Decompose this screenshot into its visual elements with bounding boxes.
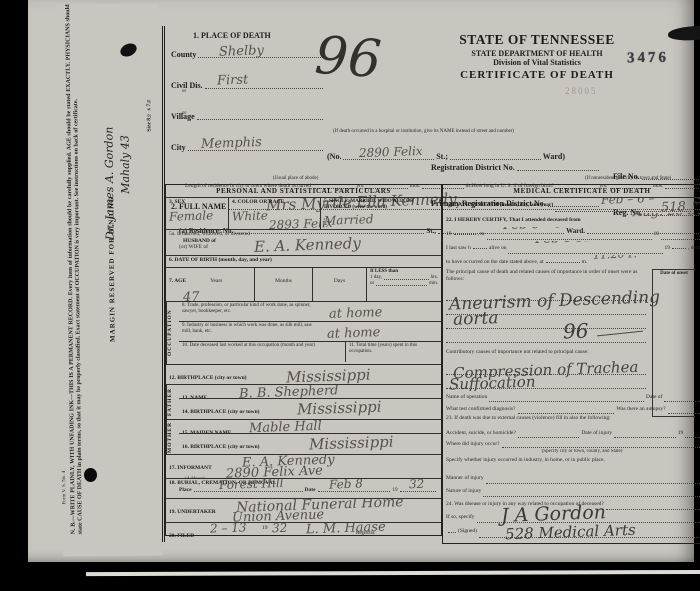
sex-value: Female	[169, 208, 214, 224]
certificate-title: CERTIFICATE OF DEATH	[427, 69, 647, 81]
hospital-note: (If death occurred in a hospital or inst…	[333, 129, 633, 135]
sex-label: 3. SEX	[169, 199, 225, 206]
place-of-death-label: 1. PLACE OF DEATH	[193, 31, 271, 40]
mother-birthplace-label: 16. BIRTHPLACE (city or town)	[182, 444, 259, 450]
margin-handwriting-1: Dr. James A. Gordon	[101, 10, 116, 240]
nature-label: Nature of injury	[446, 488, 481, 495]
date-of-death-value: Feb – 6 –	[601, 198, 655, 203]
informant-address-value: 2890 Felix Ave	[226, 463, 323, 479]
filed-year-value: 32	[272, 523, 288, 535]
trade-label: 8. Trade, profession, or particular kind…	[182, 303, 320, 315]
city-value: Memphis	[201, 135, 262, 152]
age-label: 7. AGE	[169, 278, 186, 284]
ward-line	[450, 157, 541, 160]
date-of-death-year: 32	[695, 198, 700, 203]
dept-line: STATE DEPARTMENT OF HEALTH	[427, 49, 647, 58]
medical-section-title: MEDICAL CERTIFICATE OF DEATH	[443, 185, 700, 198]
margin-handwriting-2: Mahaly 43	[117, 34, 132, 194]
district-number-handwritten: 96	[313, 26, 383, 90]
abode-note: (Usual place of abode)	[273, 176, 318, 182]
personal-section: PERSONAL AND STATISTICAL PARTICULARS 3. …	[165, 184, 442, 536]
external-causes-label: 23. If death was due to external causes …	[443, 415, 700, 427]
occurred-label: to have occurred on the date stated abov…	[446, 259, 544, 266]
last-saw-label: I last saw h	[446, 245, 471, 252]
m-label: m.	[582, 259, 588, 266]
signed-label: (Signed)	[458, 528, 477, 535]
occupation-vertical-label: OCCUPATION	[166, 302, 179, 364]
trade-value: at home	[329, 305, 383, 322]
date-of-death-label: 21. DATE OF DEATH (month, day, and year)	[446, 202, 553, 209]
size-note: Size 8½ x 7¾	[145, 12, 153, 132]
death-said-label: , death is said	[688, 245, 700, 252]
ward-close-label: Ward)	[543, 152, 565, 161]
date-of-onset-label: Date of onset	[653, 270, 695, 277]
informant-label: 17. INFORMANT	[169, 465, 212, 471]
specify-city-note: (Specify city or town, county, and State…	[443, 449, 700, 457]
street-no-label: (No.	[327, 152, 341, 161]
address-label: (Address)	[464, 543, 486, 544]
last-saw-value: Feb 6 32	[535, 241, 593, 243]
burial-date-label: Date	[305, 487, 316, 494]
village-line	[197, 117, 323, 120]
filed-date-value: 2 – 13	[210, 523, 247, 536]
to-label: , to	[478, 231, 485, 238]
birthplace-value: Mississippi	[286, 366, 371, 385]
date-injury-label: Date of injury	[581, 430, 612, 437]
binding-margin: Form V. S. No. 4 N. B.—WRITE PLAINLY, WI…	[57, 3, 163, 556]
city-label: City	[171, 143, 186, 152]
burial-19: 19	[392, 487, 398, 494]
father-birthplace-label: 14. BIRTHPLACE (city or town)	[182, 409, 259, 415]
contributory-line2: Suffocation	[449, 372, 536, 391]
faint-stamp: 28005	[565, 86, 598, 96]
test-label: What test confirmed diagnosis?	[446, 406, 516, 413]
age-or-label: or	[370, 281, 374, 287]
personal-section-title: PERSONAL AND STATISTICAL PARTICULARS	[166, 185, 441, 198]
burial-place-value: Forest Hill	[219, 479, 284, 488]
saw-19: 19	[665, 245, 671, 252]
dob-label: 6. DATE OF BIRTH (month, day, and year)	[169, 257, 438, 264]
registration-district-label: Registration District No.	[431, 163, 515, 172]
industry-value: at home	[327, 325, 381, 342]
birthplace-label: 12. BIRTHPLACE (city or town)	[169, 375, 246, 381]
principal-cause-label: The principal cause of death and related…	[443, 269, 658, 287]
mother-vertical-label: MOTHER	[166, 420, 179, 454]
state-title: STATE OF TENNESSEE	[427, 32, 647, 47]
filed-label: 20. FILED	[169, 533, 194, 538]
or-label-2: or	[182, 111, 186, 117]
mother-birthplace-value: Mississippi	[309, 434, 394, 452]
certify-label: 22. I HEREBY CERTIFY, That I attended de…	[446, 217, 581, 224]
scan-artifact-streak	[86, 570, 700, 576]
file-no-label: File No.	[613, 172, 640, 181]
cause-onset-value: 96	[563, 319, 589, 344]
civil-dis-label: Civil Dis.	[171, 81, 203, 90]
burial-year-value: 32	[409, 480, 424, 487]
county-label: County	[171, 50, 196, 59]
accident-label: Accident, suicide, or homicide?	[446, 430, 516, 437]
contributory-label: Contributory causes of importance not re…	[443, 349, 700, 361]
attended-to-value: Feb 6 – 32	[503, 227, 571, 230]
if-so-label: If so, specify	[446, 514, 475, 521]
autopsy-label: Was there an autopsy?	[616, 406, 665, 413]
to-19: 19	[446, 231, 452, 238]
punch-hole	[84, 468, 97, 482]
father-birthplace-value: Mississippi	[297, 399, 382, 417]
civil-dis-value: First	[217, 72, 249, 88]
age-years-value: 47	[183, 290, 200, 301]
certificate-form: 1. PLACE OF DEATH County Shelby Civil Di…	[162, 26, 700, 542]
to-19b: 19	[654, 231, 660, 238]
burial-place-label: Place	[179, 487, 192, 494]
operation-label: Name of operation	[446, 394, 487, 401]
where-injury-label: Where did injury occur?	[446, 441, 500, 448]
total-time-label: 11. Total time (years) spent in this occ…	[349, 343, 438, 355]
burial-date-value: Feb 8	[329, 480, 363, 488]
attended-from-value: Aug. 28 31	[633, 213, 700, 217]
cause-line2: aorta	[453, 308, 499, 330]
street-no-value: 2890 Felix	[359, 144, 423, 160]
marital-label: 5. SINGLE, MARRIED, WIDOWED, OR DIVORCED…	[324, 199, 438, 211]
undertaker-address-value: Union Avenue	[232, 507, 325, 523]
date-of-label: Date of	[646, 394, 662, 401]
registrar-label: Registrar.	[356, 531, 375, 537]
color-race-value: White	[232, 208, 268, 223]
alive-on-label: alive on	[489, 245, 507, 252]
paper: Form V. S. No. 4 N. B.—WRITE PLAINLY, WI…	[28, 0, 694, 562]
hour-value: 11:20 P.	[593, 255, 637, 259]
st-semicolon-label: St.;	[436, 152, 448, 161]
age-min-label: min.	[429, 281, 438, 287]
county-value: Shelby	[219, 43, 264, 60]
certificate-stamp-number: 3476	[627, 50, 669, 68]
age-years-label: Years	[210, 278, 222, 284]
husband-value: E. A. Kennedy	[254, 234, 361, 256]
color-race-label: 4. COLOR OR RACE	[232, 199, 317, 206]
specify-where-label: Specify whether injury occurred in indus…	[443, 457, 700, 471]
division-line: Division of Vital Statistics	[427, 58, 647, 67]
father-name-value: B. B. Shepherd	[239, 385, 339, 399]
age-less-label-1: If LESS than	[370, 269, 398, 274]
scanned-death-certificate: Form V. S. No. 4 N. B.—WRITE PLAINLY, WI…	[0, 0, 700, 591]
undertaker-label: 19. UNDERTAKER	[169, 509, 216, 515]
age-days-label: Days	[334, 278, 345, 284]
marital-value: Married	[324, 212, 374, 228]
mother-name-value: Mable Hall	[249, 420, 322, 434]
industry-label: 9. Industry or business in which work wa…	[182, 323, 320, 335]
or-label-1: or	[182, 89, 186, 95]
filed-19: 19	[262, 525, 268, 532]
last-worked-label: 10. Date deceased last worked at this oc…	[182, 343, 342, 349]
injury-19: 19	[678, 430, 684, 437]
manner-label: Manner of injury	[446, 475, 484, 482]
medical-section: MEDICAL CERTIFICATE OF DEATH 21. DATE OF…	[442, 184, 700, 544]
father-vertical-label: FATHER	[166, 385, 179, 419]
age-months-label: Months	[275, 278, 292, 284]
